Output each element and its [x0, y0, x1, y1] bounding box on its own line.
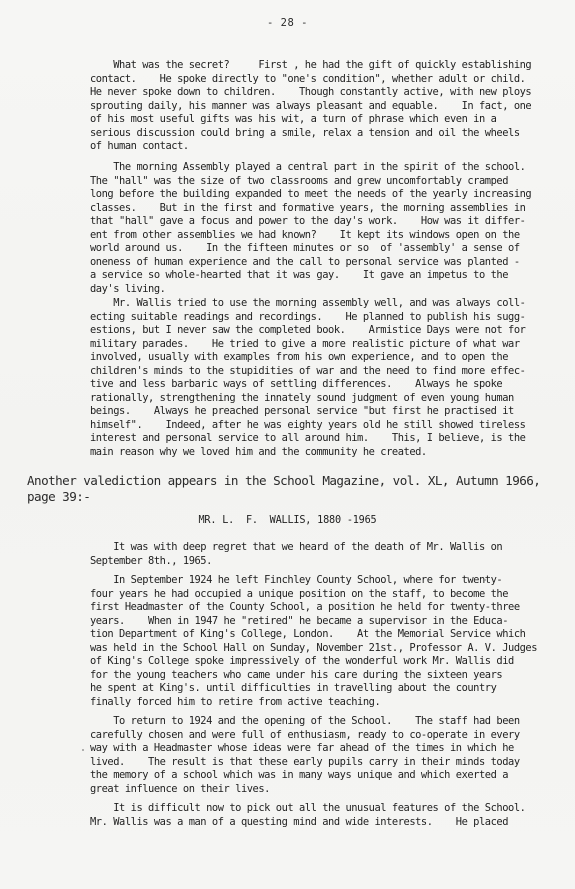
text-line: Mr. Wallis was a man of a questing mind … — [90, 816, 510, 830]
scan-speck — [484, 579, 486, 581]
text-line: The morning Assembly played a central pa… — [90, 161, 510, 175]
text-line: tion Department of King's College, Londo… — [90, 628, 510, 642]
text-line: page 39:- — [27, 489, 567, 505]
text-line: world around us. In the fifteen minutes … — [90, 242, 510, 256]
text-line: carefully chosen and were full of enthus… — [90, 729, 510, 743]
obituary-heading: MR. L. F. WALLIS, 1880 -1965 — [0, 515, 575, 526]
text-line: great influence on their lives. — [90, 783, 510, 797]
scan-speck — [82, 749, 84, 751]
text-line: serious discussion could bring a smile, … — [90, 127, 510, 141]
text-line: What was the secret? First , he had the … — [90, 59, 510, 73]
text-line: Mr. Wallis tried to use the morning asse… — [90, 297, 510, 311]
text-line: ecting suitable readings and recordings.… — [90, 311, 510, 325]
text-line: tive and less barbaric ways of settling … — [90, 378, 510, 392]
text-line: To return to 1924 and the opening of the… — [90, 715, 510, 729]
text-line: military parades. He tried to give a mor… — [90, 338, 510, 352]
text-line: sprouting daily, his manner was always p… — [90, 100, 510, 114]
obituary-paragraph-4: It is difficult now to pick out all the … — [90, 802, 510, 829]
text-line: estions, but I never saw the completed b… — [90, 324, 510, 338]
text-line: first Headmaster of the County School, a… — [90, 601, 510, 615]
obituary-paragraph-2: In September 1924 he left Finchley Count… — [90, 574, 510, 709]
scanned-page: - 28 - What was the secret? First , he h… — [0, 0, 575, 889]
valediction-note: Another valediction appears in the Schoo… — [27, 473, 567, 505]
text-line: the memory of a school which was in many… — [90, 769, 510, 783]
text-line: children's minds to the stupidities of w… — [90, 365, 510, 379]
page-number: - 28 - — [0, 17, 575, 29]
text-line: Another valediction appears in the Schoo… — [27, 473, 567, 489]
text-line: classes. But in the first and formative … — [90, 202, 510, 216]
text-line: involved, usually with examples from his… — [90, 351, 510, 365]
text-line: The "hall" was the size of two classroom… — [90, 175, 510, 189]
text-line: a service so whole-hearted that it was g… — [90, 269, 510, 283]
text-line: It is difficult now to pick out all the … — [90, 802, 510, 816]
text-line: was held in the School Hall on Sunday, N… — [90, 642, 510, 656]
text-line: years. When in 1947 he "retired" he beca… — [90, 615, 510, 629]
obituary-paragraph-3: To return to 1924 and the opening of the… — [90, 715, 510, 796]
text-line: lived. The result is that these early pu… — [90, 756, 510, 770]
text-line: of King's College spoke impressively of … — [90, 655, 510, 669]
text-line: contact. He spoke directly to "one's con… — [90, 73, 510, 87]
text-line: long before the building expanded to mee… — [90, 188, 510, 202]
tribute-paragraph-2: The morning Assembly played a central pa… — [90, 161, 510, 296]
text-line: of human contact. — [90, 140, 510, 154]
text-line: beings. Always he preached personal serv… — [90, 405, 510, 419]
obituary-paragraph-1: It was with deep regret that we heard of… — [90, 541, 510, 568]
text-line: day's living. — [90, 283, 510, 297]
text-line: He never spoke down to children. Though … — [90, 86, 510, 100]
text-line: rationally, strengthening the innately s… — [90, 392, 510, 406]
text-line: interest and personal service to all aro… — [90, 432, 510, 446]
text-line: In September 1924 he left Finchley Count… — [90, 574, 510, 588]
text-line: ent from other assemblies we had known? … — [90, 229, 510, 243]
tribute-paragraph-3: Mr. Wallis tried to use the morning asse… — [90, 297, 510, 459]
tribute-paragraph-1: What was the secret? First , he had the … — [90, 59, 510, 154]
text-line: main reason why we loved him and the com… — [90, 446, 510, 460]
text-line: four years he had occupied a unique posi… — [90, 588, 510, 602]
text-line: he spent at King's. until difficulties i… — [90, 682, 510, 696]
text-line: for the young teachers who came under hi… — [90, 669, 510, 683]
text-line: oneness of human experience and the call… — [90, 256, 510, 270]
text-line: that "hall" gave a focus and power to th… — [90, 215, 510, 229]
text-line: way with a Headmaster whose ideas were f… — [90, 742, 510, 756]
text-line: September 8th., 1965. — [90, 555, 510, 569]
text-line: It was with deep regret that we heard of… — [90, 541, 510, 555]
text-line: himself". Indeed, after he was eighty ye… — [90, 419, 510, 433]
text-line: finally forced him to retire from active… — [90, 696, 510, 710]
text-line: of his most useful gifts was his wit, a … — [90, 113, 510, 127]
